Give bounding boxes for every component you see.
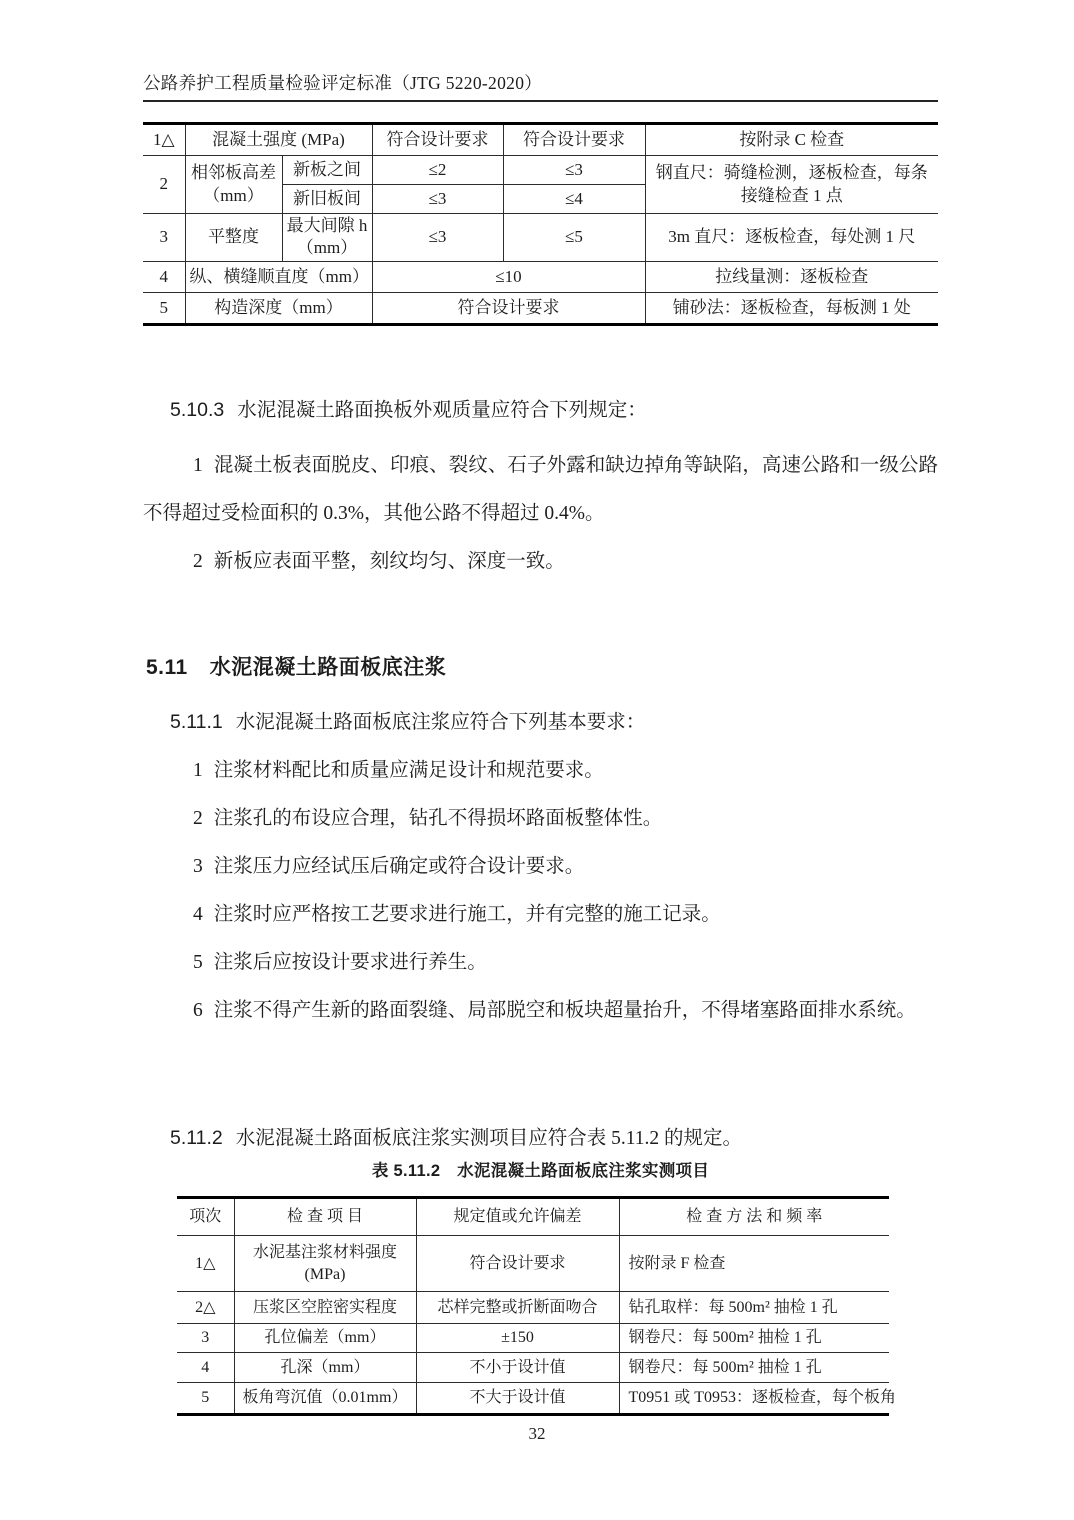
t2-header-value: 规定值或允许偏差 xyxy=(416,1198,619,1236)
t1-r2-v2b: ≤4 xyxy=(503,185,645,214)
t2-r5-value: 不大于设计值 xyxy=(416,1383,619,1415)
clause-heading: 5.11.1水泥混凝土路面板底注浆应符合下列基本要求： xyxy=(143,698,938,747)
item-text: 注浆孔的布设应合理，钻孔不得损坏路面板整体性。 xyxy=(214,808,663,829)
page-number: 32 xyxy=(0,1424,1074,1444)
table-5-10-continued: 1△ 混凝土强度 (MPa) 符合设计要求 符合设计要求 按附录 C 检查 2 … xyxy=(143,122,938,326)
t1-r3-sub: 最大间隙 h（mm） xyxy=(282,214,372,262)
running-header: 公路养护工程质量检验评定标准（JTG 5220-2020） xyxy=(143,70,542,95)
t2-r3-no: 3 xyxy=(177,1324,234,1353)
item-number: 4 xyxy=(193,904,203,925)
clause-item: 5注浆后应按设计要求进行养生。 xyxy=(143,939,938,987)
t2-r1-value: 符合设计要求 xyxy=(416,1236,619,1292)
section-5-11-heading: 5.11水泥混凝土路面板底注浆 xyxy=(146,651,446,681)
table-header-row: 项次 检 查 项 目 规定值或允许偏差 检 查 方 法 和 频 率 xyxy=(177,1198,889,1236)
section-title: 水泥混凝土路面板底注浆 xyxy=(210,656,447,679)
t2-header-method: 检 查 方 法 和 频 率 xyxy=(619,1198,889,1236)
t2-r1-item: 水泥基注浆材料强度 (MPa) xyxy=(234,1236,416,1292)
item-text: 注浆材料配比和质量应满足设计和规范要求。 xyxy=(214,760,604,781)
t1-r1-method: 按附录 C 检查 xyxy=(645,124,938,156)
table-row: 3 平整度 最大间隙 h（mm） ≤3 ≤5 3m 直尺：逐板检查，每处测 1 … xyxy=(143,214,938,262)
clause-item: 1注浆材料配比和质量应满足设计和规范要求。 xyxy=(143,747,938,795)
t1-r2-v1a: ≤2 xyxy=(372,156,503,185)
item-number: 1 xyxy=(193,455,203,476)
table-5-11-2: 项次 检 查 项 目 规定值或允许偏差 检 查 方 法 和 频 率 1△ 水泥基… xyxy=(177,1196,889,1416)
t2-r2-item: 压浆区空腔密实程度 xyxy=(234,1292,416,1324)
t2-r5-item: 板角弯沉值（0.01mm） xyxy=(234,1383,416,1415)
item-text: 注浆不得产生新的路面裂缝、局部脱空和板块超量抬升，不得堵塞路面排水系统。 xyxy=(214,1000,916,1021)
t1-r2-method: 钢直尺：骑缝检测，逐板检查，每条接缝检查 1 点 xyxy=(645,156,938,214)
item-number: 1 xyxy=(193,760,203,781)
t2-r5-no: 5 xyxy=(177,1383,234,1415)
t1-r1-v2: 符合设计要求 xyxy=(503,124,645,156)
item-text: 注浆压力应经试压后确定或符合设计要求。 xyxy=(214,856,585,877)
t1-r3-v1: ≤3 xyxy=(372,214,503,262)
t1-r2-item: 相邻板高差（mm） xyxy=(185,156,282,214)
t1-r2-no: 2 xyxy=(143,156,185,214)
t1-r5-item: 构造深度（mm） xyxy=(185,292,372,324)
t1-r3-no: 3 xyxy=(143,214,185,262)
clause-item: 2注浆孔的布设应合理，钻孔不得损坏路面板整体性。 xyxy=(143,795,938,843)
t1-r1-item: 混凝土强度 (MPa) xyxy=(185,124,372,156)
t2-r2-method: 钻孔取样：每 500m² 抽检 1 孔 xyxy=(619,1292,889,1324)
t1-r1-no: 1△ xyxy=(143,124,185,156)
t2-r5-method: T0951 或 T0953：逐板检查，每个板角 xyxy=(619,1383,889,1415)
t1-r3-v2: ≤5 xyxy=(503,214,645,262)
clause-item: 1混凝土板表面脱皮、印痕、裂纹、石子外露和缺边掉角等缺陷，高速公路和一级公路不得… xyxy=(143,442,938,538)
clause-number: 5.11.2 xyxy=(170,1127,223,1149)
item-number: 6 xyxy=(193,1000,203,1021)
table-row: 4 纵、横缝顺直度（mm） ≤10 拉线量测：逐板检查 xyxy=(143,261,938,292)
t1-r2-sub2: 新旧板间 xyxy=(282,185,372,214)
clause-item: 6注浆不得产生新的路面裂缝、局部脱空和板块超量抬升，不得堵塞路面排水系统。 xyxy=(143,987,938,1035)
table-row: 1△ 混凝土强度 (MPa) 符合设计要求 符合设计要求 按附录 C 检查 xyxy=(143,124,938,156)
clause-heading: 5.11.2水泥混凝土路面板底注浆实测项目应符合表 5.11.2 的规定。 xyxy=(143,1114,938,1163)
table-row: 4 孔深（mm） 不小于设计值 钢卷尺：每 500m² 抽检 1 孔 xyxy=(177,1353,889,1383)
t2-r1-method: 按附录 F 检查 xyxy=(619,1236,889,1292)
t1-r3-item: 平整度 xyxy=(185,214,282,262)
t2-r1-no: 1△ xyxy=(177,1236,234,1292)
t2-r4-value: 不小于设计值 xyxy=(416,1353,619,1383)
t2-header-no: 项次 xyxy=(177,1198,234,1236)
clause-number: 5.10.3 xyxy=(170,399,224,421)
clause-heading: 5.10.3水泥混凝土路面换板外观质量应符合下列规定： xyxy=(143,386,938,435)
item-text: 注浆后应按设计要求进行养生。 xyxy=(214,952,487,973)
table-row: 3 孔位偏差（mm） ±150 钢卷尺：每 500m² 抽检 1 孔 xyxy=(177,1324,889,1353)
item-number: 5 xyxy=(193,952,203,973)
t1-r5-value: 符合设计要求 xyxy=(372,292,645,324)
clause-title: 水泥混凝土路面板底注浆应符合下列基本要求： xyxy=(236,712,646,733)
table-row: 5 板角弯沉值（0.01mm） 不大于设计值 T0951 或 T0953：逐板检… xyxy=(177,1383,889,1415)
table-row: 2△ 压浆区空腔密实程度 芯样完整或折断面吻合 钻孔取样：每 500m² 抽检 … xyxy=(177,1292,889,1324)
t1-r5-method: 铺砂法：逐板检查，每板测 1 处 xyxy=(645,292,938,324)
t2-r4-no: 4 xyxy=(177,1353,234,1383)
t2-r3-method: 钢卷尺：每 500m² 抽检 1 孔 xyxy=(619,1324,889,1353)
t1-r2-v1b: ≤3 xyxy=(372,185,503,214)
t1-r3-method: 3m 直尺：逐板检查，每处测 1 尺 xyxy=(645,214,938,262)
item-text: 新板应表面平整，刻纹均匀、深度一致。 xyxy=(214,551,565,572)
clause-item: 4注浆时应严格按工艺要求进行施工，并有完整的施工记录。 xyxy=(143,891,938,939)
clause-title: 水泥混凝土路面换板外观质量应符合下列规定： xyxy=(237,400,647,421)
table-row: 1△ 水泥基注浆材料强度 (MPa) 符合设计要求 按附录 F 检查 xyxy=(177,1236,889,1292)
item-number: 2 xyxy=(193,808,203,829)
section-number: 5.11 xyxy=(146,656,188,679)
t2-r3-value: ±150 xyxy=(416,1324,619,1353)
table-row: 5 构造深度（mm） 符合设计要求 铺砂法：逐板检查，每板测 1 处 xyxy=(143,292,938,324)
t1-r4-method: 拉线量测：逐板检查 xyxy=(645,261,938,292)
t2-r2-no: 2△ xyxy=(177,1292,234,1324)
t1-r2-sub1: 新板之间 xyxy=(282,156,372,185)
clause-item: 2新板应表面平整，刻纹均匀、深度一致。 xyxy=(143,538,938,586)
t1-r4-value: ≤10 xyxy=(372,261,645,292)
section-5-11-2: 5.11.2水泥混凝土路面板底注浆实测项目应符合表 5.11.2 的规定。 xyxy=(143,1114,938,1163)
item-text: 注浆时应严格按工艺要求进行施工，并有完整的施工记录。 xyxy=(214,904,721,925)
t1-r4-item: 纵、横缝顺直度（mm） xyxy=(185,261,372,292)
t2-r4-method: 钢卷尺：每 500m² 抽检 1 孔 xyxy=(619,1353,889,1383)
t1-r1-v1: 符合设计要求 xyxy=(372,124,503,156)
t2-r2-value: 芯样完整或折断面吻合 xyxy=(416,1292,619,1324)
section-5-10-3: 5.10.3水泥混凝土路面换板外观质量应符合下列规定： 1混凝土板表面脱皮、印痕… xyxy=(143,386,938,586)
clause-title: 水泥混凝土路面板底注浆实测项目应符合表 5.11.2 的规定。 xyxy=(236,1128,742,1149)
clause-number: 5.11.1 xyxy=(170,711,223,733)
header-rule xyxy=(143,100,938,102)
t1-r5-no: 5 xyxy=(143,292,185,324)
clause-item: 3注浆压力应经试压后确定或符合设计要求。 xyxy=(143,843,938,891)
t1-r4-no: 4 xyxy=(143,261,185,292)
t2-r4-item: 孔深（mm） xyxy=(234,1353,416,1383)
table-caption: 表 5.11.2 水泥混凝土路面板底注浆实测项目 xyxy=(143,1157,938,1181)
item-number: 3 xyxy=(193,856,203,877)
t2-r3-item: 孔位偏差（mm） xyxy=(234,1324,416,1353)
t1-r2-v2a: ≤3 xyxy=(503,156,645,185)
item-number: 2 xyxy=(193,551,203,572)
item-text: 混凝土板表面脱皮、印痕、裂纹、石子外露和缺边掉角等缺陷，高速公路和一级公路不得超… xyxy=(143,455,938,524)
table-row: 2 相邻板高差（mm） 新板之间 ≤2 ≤3 钢直尺：骑缝检测，逐板检查，每条接… xyxy=(143,156,938,185)
document-page: 公路养护工程质量检验评定标准（JTG 5220-2020） 1△ 混凝土强度 (… xyxy=(0,0,1074,1520)
t2-header-item: 检 查 项 目 xyxy=(234,1198,416,1236)
section-5-11-1: 5.11.1水泥混凝土路面板底注浆应符合下列基本要求： 1注浆材料配比和质量应满… xyxy=(143,698,938,1035)
